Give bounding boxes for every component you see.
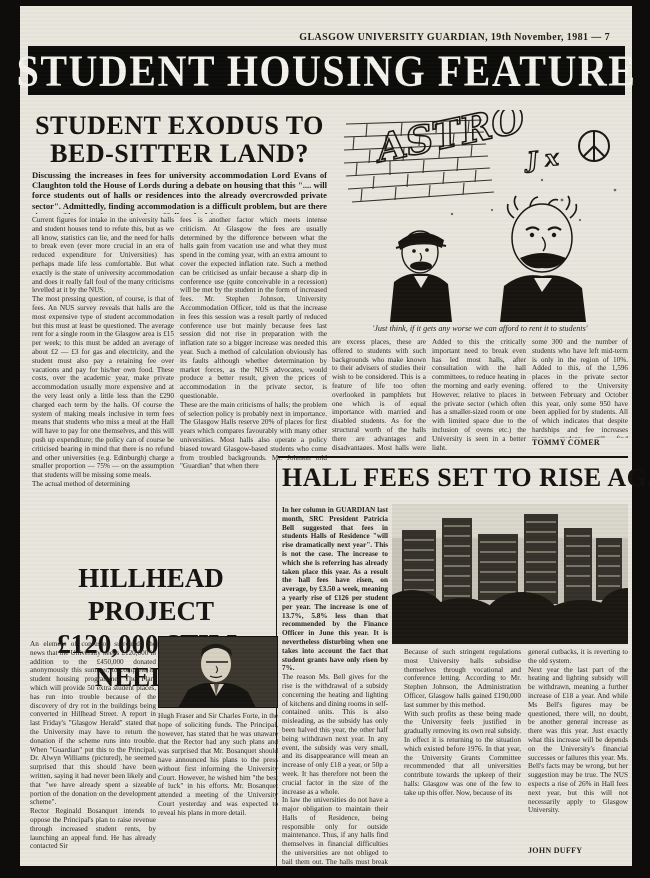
exodus-column-1: Current figures for intake in the univer… [32,216,174,568]
cartoon-illustration: ASTRO J x [332,110,628,322]
hall-fees-headline: HALL FEES SET TO RISE AGAIN? [282,464,628,492]
exodus-headline: STUDENT EXODUS TO BED-SITTER LAND? [32,112,327,168]
principal-portrait-photo [158,636,278,708]
hall-fees-column-2: Because of such stringent regulations mo… [404,648,521,866]
hillhead-headline-line1: HILLHEAD PROJECT [30,562,272,628]
feature-banner: STUDENT HOUSING FEATURE [28,46,625,95]
hillhead-column-2: Hugh Fraser and Sir Charles Forte, in th… [158,712,278,866]
graffiti-jx-text: J x [522,145,561,175]
hall-fees-column-1-rest: The reason Ms. Bell gives for the rise i… [282,673,388,866]
exodus-headline-line2: BED-SITTER LAND? [32,140,327,168]
hillhead-column-1: An element of confusion surrounds the ne… [30,640,156,866]
halls-photo-drawing [392,504,628,644]
exodus-column-4: Added to this the critically important n… [432,338,526,450]
cartoon-drawing: ASTRO J x [332,110,628,322]
hall-fees-intro: In her column in GUARDIAN last month, SR… [282,506,388,672]
principal-portrait-drawing [158,636,278,708]
cartoon-man-right [500,196,586,322]
hall-fees-column-1: In her column in GUARDIAN last month, SR… [282,506,388,866]
cartoon-caption: 'Just think, if it gets any worse we can… [332,324,628,333]
cartoon-man-left [390,231,452,322]
graffiti-astro-text: ASTRO [370,110,529,171]
exodus-column-5: some 300 and the number of students who … [532,338,628,438]
halls-of-residence-photo [392,504,628,644]
exodus-byline: TOMMY COMER [532,438,600,447]
peace-symbol-icon [579,131,609,161]
newspaper-page: GLASGOW UNIVERSITY GUARDIAN, 19th Novemb… [20,6,632,866]
section-divider-horizontal [278,456,628,458]
newspaper-scan: GLASGOW UNIVERSITY GUARDIAN, 19th Novemb… [0,0,650,878]
feature-banner-title: STUDENT HOUSING FEATURE [17,44,637,97]
hall-fees-column-3: general cutbacks, it is reverting to the… [528,648,628,844]
exodus-intro: Discussing the increases in fees for uni… [32,170,327,214]
hall-fees-byline: JOHN DUFFY [528,846,582,855]
exodus-headline-line1: STUDENT EXODUS TO [32,112,327,140]
masthead: GLASGOW UNIVERSITY GUARDIAN, 19th Novemb… [170,32,610,43]
exodus-column-3: are excess places, these are offered to … [332,338,426,450]
